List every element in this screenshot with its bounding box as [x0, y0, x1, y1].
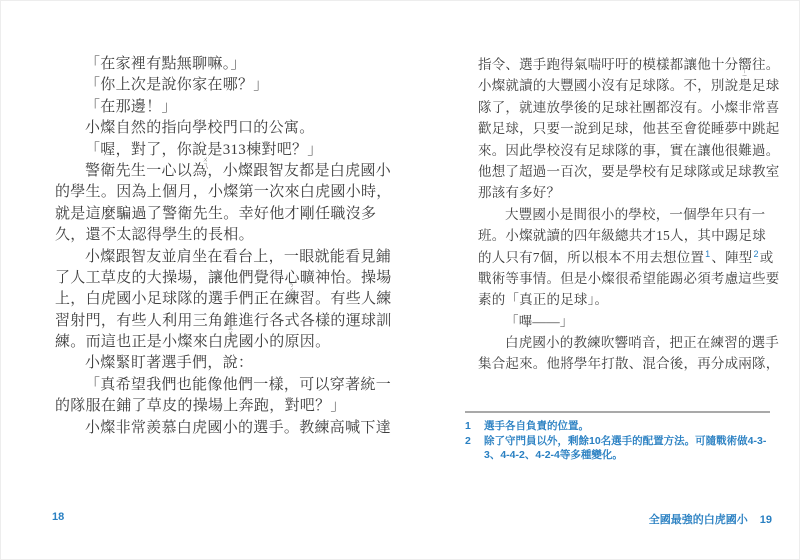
footnote-number: 2	[465, 434, 484, 462]
text-line: 指令、選手跑得氣喘吁吁的模樣都讓他十分嚮往。	[478, 54, 778, 75]
running-footer: 全國最強的白虎國小19	[649, 511, 772, 527]
footnote-text: 選手各自負責的位置。	[484, 419, 775, 433]
text-line: 「嗶——」	[478, 311, 778, 332]
text-line: 的隊服在鋪了草皮的操場上奔跑，對吧？」	[55, 396, 397, 417]
footnote-number: 1	[465, 419, 484, 433]
text-line: 久，還不太認得學生的長相。	[55, 225, 397, 246]
text-line: 他想了超過一百次，要是學校有足球隊或足球教室	[478, 161, 778, 182]
footnote-2: 2 除了守門員以外，剩餘10名選手的配置方法。可隨戰術做4-3-3、4-4-2、…	[465, 434, 775, 462]
text-line: 那該有多好？	[478, 182, 778, 203]
text-line: 歡足球，只要一說到足球，他甚至會從睡夢中跳起	[478, 118, 778, 139]
text-line: 戰術等事情。但是小燦很希望能踢必須考慮這些要	[478, 268, 778, 289]
text-line: 小燦非常羨慕白虎國小的選手。教練高喊下達	[55, 418, 397, 439]
book-spread: 「在家裡有點無聊嘛。」「你上次是說你家在哪？」「在那邊！」小燦自然的指向學校門口…	[0, 0, 800, 560]
text-line: 小燦緊盯著選手們，說：	[55, 353, 397, 374]
text-line: 小燦就讀的大豐國小沒有足球隊。不，別說是足球	[478, 75, 778, 96]
zhuyin-annotation: ㄨㄟˊ	[201, 156, 207, 168]
text-line: 「在那邊！」	[55, 97, 397, 118]
footnotes-block: 1 選手各自負責的位置。 2 除了守門員以外，剩餘10名選手的配置方法。可隨戰術…	[465, 419, 775, 463]
text-line: 班。小燦就讀的四年級總共才15人，其中踢足球	[478, 225, 778, 246]
text-line: 集合起來。他將學年打散、混合後，再分成兩隊，	[478, 353, 778, 374]
text-line: 警衛先生一心以為，小燦跟智友都是白虎國小	[55, 161, 397, 182]
right-page-text-column: 指令、選手跑得氣喘吁吁的模樣都讓他十分嚮往。小燦就讀的大豐國小沒有足球隊。不，別…	[478, 54, 778, 375]
text-line: 白虎國小的教練吹響哨音，把正在練習的選手	[478, 332, 778, 353]
footnote-1: 1 選手各自負責的位置。	[465, 419, 775, 433]
footnote-text: 除了守門員以外，剩餘10名選手的配置方法。可隨戰術做4-3-3、4-4-2、4-…	[484, 434, 775, 462]
zhuyin-annotation: ㄎㄨㄤˋ	[287, 281, 293, 299]
text-line: 的學生。因為上個月，小燦第一次來白虎國小時，	[55, 182, 397, 203]
running-title: 全國最強的白虎國小	[649, 514, 748, 526]
text-line: 小燦自然的指向學校門口的公寓。	[55, 118, 397, 139]
text-line: 上，白虎國小足球隊的選手們正在練習。有些人練	[55, 289, 397, 310]
text-line: 素的「真正的足球」。	[478, 289, 778, 310]
text-line: 「你上次是說你家在哪？」	[55, 75, 397, 96]
text-line: 大豐國小是間很小的學校，一個學年只有一	[478, 204, 778, 225]
text-line: 「真希望我們也能像他們一樣，可以穿著統一	[55, 375, 397, 396]
text-line: 「在家裡有點無聊嘛。」	[55, 54, 397, 75]
text-line: 了人工草皮的大操場，讓他們覺得心曠神怡。操場	[55, 268, 397, 289]
text-line: 「喔，對了，你說是313棟對吧？」	[55, 140, 397, 161]
text-line: 隊了，就連放學後的足球社團都沒有。小燦非常喜	[478, 97, 778, 118]
footnote-ref: 2	[753, 249, 758, 259]
page-number-right: 19	[760, 514, 772, 526]
left-page-text-column: 「在家裡有點無聊嘛。」「你上次是說你家在哪？」「在那邊！」小燦自然的指向學校門口…	[55, 54, 397, 439]
footnote-ref: 1	[705, 249, 710, 259]
text-line: 的人只有7個，所以根本不用去想位置1、陣型2或	[478, 247, 778, 268]
text-line: 小燦跟智友並肩坐在看台上，一眼就能看見鋪	[55, 247, 397, 268]
page-number-left: 18	[52, 511, 64, 523]
footnote-divider	[465, 411, 770, 413]
text-line: 就是這麼騙過了警衛先生。幸好他才剛任職沒多	[55, 204, 397, 225]
zhuyin-annotation: ㄒㄧㄤˋ	[740, 67, 746, 83]
text-line: 來。因此學校沒有足球隊的事，實在讓他很難過。	[478, 140, 778, 161]
zhuyin-annotation: ㄓㄨㄟ	[226, 324, 232, 341]
